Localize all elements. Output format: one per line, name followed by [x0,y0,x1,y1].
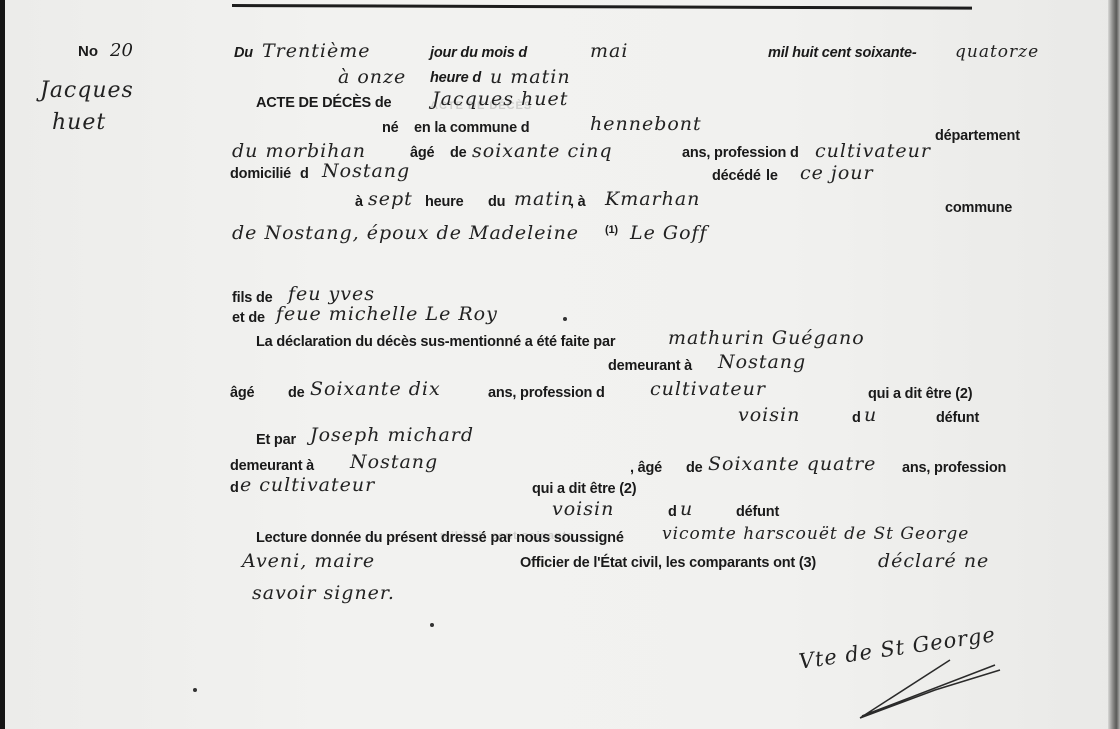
margin-name-last: huet [52,110,106,135]
printed-text: qui a dit être (2) [868,386,972,402]
printed-text: du [488,194,505,210]
handwritten-year: quatorze [955,42,1039,62]
printed-text: , à [570,194,586,210]
handwritten-declarant1-profession: cultivateur [650,378,766,400]
handwritten-text: matin [514,188,574,210]
handwritten-officer-name: vicomte harscouët de St George [662,524,969,544]
document-page: ACTE DE DÉCÈS mil huit cent soixante No2… [0,0,1120,729]
printed-text: en la commune d [414,120,529,136]
printed-text: La déclaration du décès sus-mentionné a … [256,334,615,350]
printed-text: décédé [712,168,761,184]
handwritten-declarant2: Joseph michard [310,424,474,446]
handwritten-department: du morbihan [232,140,366,162]
handwritten-text: u matin [490,66,571,88]
page-binding-edge [1108,0,1120,729]
printed-text: d [852,410,861,426]
margin-name-first: Jacques [40,78,134,103]
printed-text: demeurant à [608,358,692,374]
printed-text: défunt [736,504,779,520]
printed-text: , âgé [630,460,662,476]
handwritten-relation: voisin [552,498,614,520]
printed-text: ans, profession d [682,145,799,161]
printed-text: de [686,460,703,476]
number-value: 20 [110,40,133,61]
handwritten-hour: à onze [338,66,406,88]
handwritten-residence: Nostang [322,160,410,182]
printed-text: Lecture donnée du présent dressé par nou… [256,530,624,546]
page-left-edge [0,0,5,729]
printed-text: né [382,120,399,136]
printed-text: heure d [430,70,481,86]
handwritten-spouse-surname: Le Goff [630,222,708,244]
printed-text: d [230,480,239,496]
handwritten-birthplace: hennebont [590,113,702,135]
handwritten-month: mai [590,40,628,62]
printed-text: mil huit cent soixante- [768,45,916,61]
printed-text: défunt [936,410,979,426]
handwritten-declarant1-residence: Nostang [718,351,806,373]
handwritten-mother: feue michelle Le Roy [276,303,498,325]
printed-text: qui a dit être (2) [532,481,636,497]
handwritten-death-place: Kmarhan [605,188,700,210]
printed-text: ans, profession d [488,385,605,401]
handwritten-death-day: ce jour [800,162,874,184]
printed-text: Du [234,45,253,61]
handwritten-spouse: de Nostang, époux de Madeleine [232,222,579,244]
ink-dot [193,688,197,692]
printed-text: d [300,166,309,182]
printed-text: département [935,128,1020,144]
handwritten-death-hour: sept [368,188,413,210]
printed-text: Et par [256,432,296,448]
printed-text: demeurant à [230,458,314,474]
printed-text: le [766,168,778,184]
printed-text: commune [945,200,1012,216]
signature-flourish-icon [790,630,1010,729]
handwritten-day: Trentième [262,40,370,62]
printed-text: de [450,145,467,161]
handwritten-deceased-name: Jacques huet [432,88,568,110]
handwritten-text: u [864,404,877,426]
handwritten-text: déclaré ne [878,550,989,572]
handwritten-age: soixante cinq [472,140,613,162]
printed-text: d [668,504,677,520]
handwritten-declarant1-age: Soixante dix [310,378,441,400]
printed-text: jour du mois d [430,45,527,61]
handwritten-declarant2-residence: Nostang [350,451,438,473]
number-label: No [78,43,98,60]
printed-text: à [355,194,363,210]
printed-text: fils de [232,290,273,306]
printed-text: domicilié [230,166,291,182]
handwritten-declarant2-age: Soixante quatre [708,453,876,475]
ink-dot [430,623,434,627]
printed-text: Officier de l'État civil, les comparants… [520,555,816,571]
printed-text: et de [232,310,265,326]
act-number: No20 [78,40,133,61]
handwritten-declarant2-profession: e cultivateur [240,474,375,496]
handwritten-father: feu yves [288,283,375,305]
handwritten-profession: cultivateur [815,140,931,162]
handwritten-declarant1: mathurin Guégano [668,327,865,349]
printed-text: de [288,385,305,401]
footnote-ref: (1) [605,224,618,236]
handwritten-text: u [680,498,693,520]
act-title: ACTE DE DÉCÈS de [256,95,391,111]
handwritten-officer-title: Aveni, maire [242,550,375,572]
handwritten-text: savoir signer. [252,582,395,604]
printed-text: heure [425,194,464,210]
printed-text: âgé [230,385,254,401]
printed-text: âgé [410,145,434,161]
handwritten-relation: voisin [738,404,800,426]
ink-dot [563,317,567,321]
top-rule [232,4,972,10]
printed-text: ans, profession [902,460,1006,476]
